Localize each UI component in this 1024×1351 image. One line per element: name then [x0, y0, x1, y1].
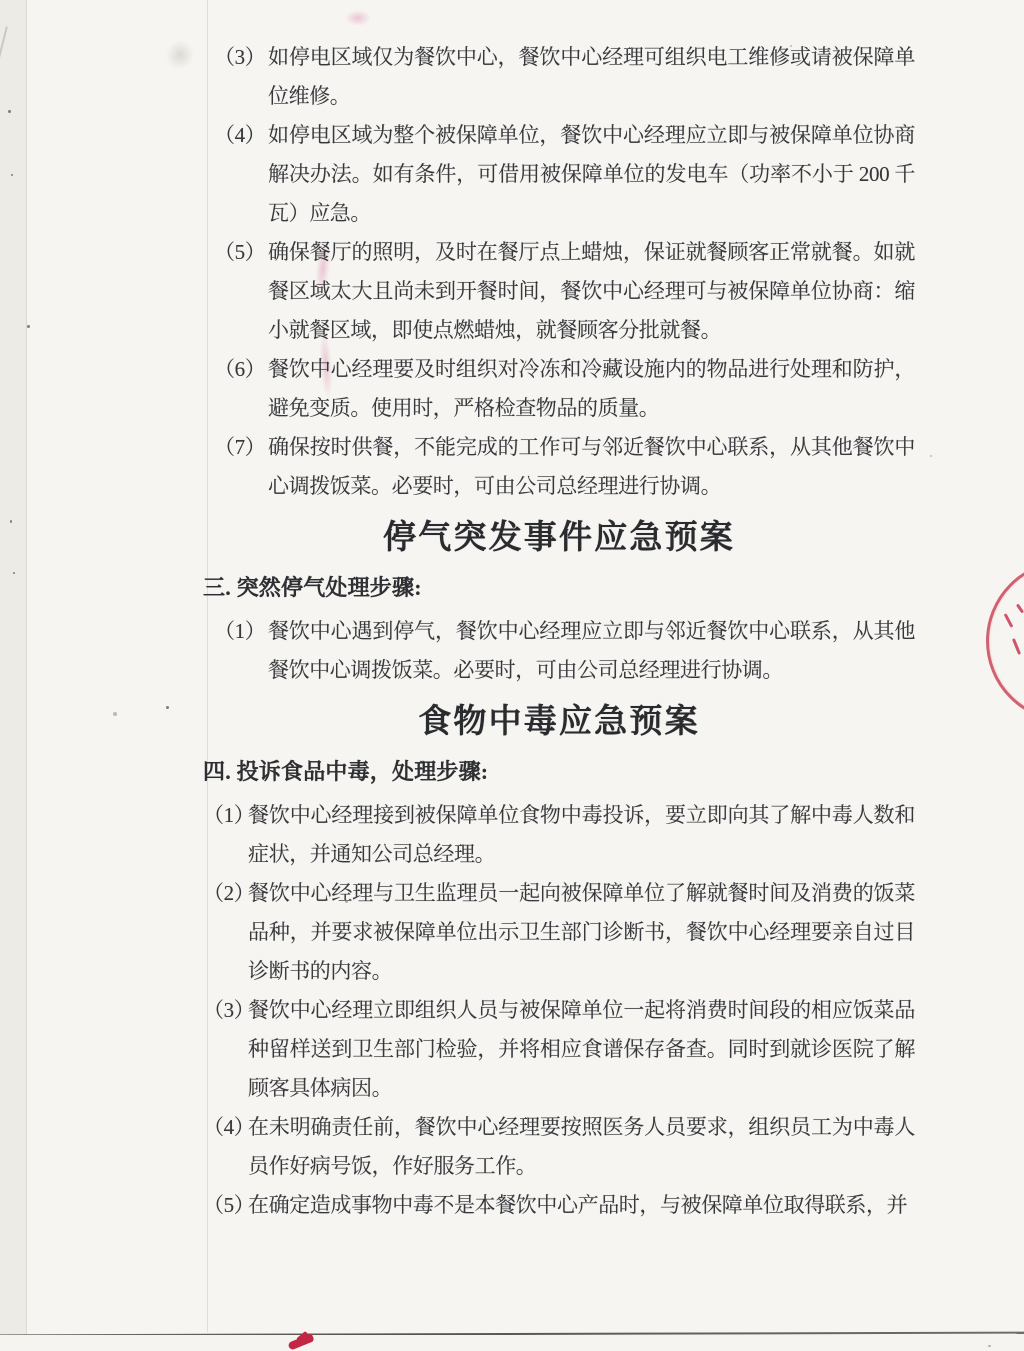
item-number: （7） [214, 428, 265, 467]
scan-speck [988, 1345, 991, 1347]
stamp-glyph [1004, 613, 1014, 628]
list-item: （1） 餐饮中心经理接到被保障单位食物中毒投诉，要立即向其了解中毒人数和症状，并… [203, 796, 915, 874]
section-heading-3: 三. 突然停气处理步骤: [203, 568, 915, 608]
item-number: （1） [203, 796, 254, 835]
scan-speck [27, 325, 30, 328]
item-text: 餐饮中心经理接到被保障单位食物中毒投诉，要立即向其了解中毒人数和症状，并通知公司… [248, 803, 915, 866]
item-text: 确保按时供餐，不能完成的工作可与邻近餐饮中心联系，从其他餐饮中心调拨饭菜。必要时… [268, 435, 915, 498]
scan-speck [13, 572, 15, 574]
item-number: （4） [203, 1108, 254, 1147]
list-item: （3） 餐饮中心经理立即组织人员与被保障单位一起将消费时间段的相应饭菜品种留样送… [203, 991, 915, 1108]
area-below-page [0, 1335, 1024, 1351]
item-text: 如停电区域为整个被保障单位，餐饮中心经理应立即与被保障单位协商解决办法。如有条件… [268, 123, 915, 225]
stamp-glyph [1016, 604, 1024, 614]
item-number: （3） [214, 38, 265, 77]
stamp-glyph [1012, 638, 1021, 655]
scan-speck [345, 900, 348, 903]
item-text: 餐饮中心遇到停气，餐饮中心经理应立即与邻近餐饮中心联系，从其他餐饮中心调拨饭菜。… [268, 619, 915, 682]
doc-title-food-poisoning: 食物中毒应急预案 [203, 699, 915, 745]
list-item: （4） 在未明确责任前，餐饮中心经理要按照医务人员要求，组织员工为中毒人员作好病… [203, 1108, 915, 1186]
document-body: （3） 如停电区域仅为餐饮中心，餐饮中心经理可组织电工维修或请被保障单位维修。 … [203, 38, 915, 1225]
scan-edge-strip [0, 0, 27, 1351]
item-text: 在确定造成事物中毒不是本餐饮中心产品时，与被保障单位取得联系，并 [248, 1193, 907, 1217]
item-number: （4） [214, 116, 265, 155]
list-item: （6） 餐饮中心经理要及时组织对冷冻和冷藏设施内的物品进行处理和防护，避免变质。… [203, 350, 915, 428]
item-number: （2） [203, 874, 254, 913]
scan-speck [10, 520, 12, 523]
list-item: （1） 餐饮中心遇到停气，餐饮中心经理应立即与邻近餐饮中心联系，从其他餐饮中心调… [203, 612, 915, 690]
scan-speck [113, 712, 117, 716]
item-number: （3） [203, 991, 254, 1030]
item-text: 如停电区域仅为餐饮中心，餐饮中心经理可组织电工维修或请被保障单位维修。 [268, 45, 915, 108]
scan-speck [11, 174, 13, 176]
ink-smudge [162, 36, 199, 74]
item-number: （5） [214, 233, 265, 272]
item-text: 餐饮中心经理要及时组织对冷冻和冷藏设施内的物品进行处理和防护，避免变质。使用时，… [268, 357, 915, 420]
list-item: （7） 确保按时供餐，不能完成的工作可与邻近餐饮中心联系，从其他餐饮中心调拨饭菜… [203, 428, 915, 506]
list-item: （2） 餐饮中心经理与卫生监理员一起向被保障单位了解就餐时间及消费的饭菜品种，并… [203, 874, 915, 991]
item-text: 餐饮中心经理与卫生监理员一起向被保障单位了解就餐时间及消费的饭菜品种，并要求被保… [248, 881, 915, 983]
list-item: （4） 如停电区域为整个被保障单位，餐饮中心经理应立即与被保障单位协商解决办法。… [203, 116, 915, 233]
item-number: （5） [203, 1186, 254, 1225]
red-stamp [986, 560, 1024, 722]
scanned-document-page: { "document": { "language": "zh-CN", "ty… [0, 0, 1024, 1351]
scan-speck [8, 110, 11, 113]
item-text: 确保餐厅的照明，及时在餐厅点上蜡烛，保证就餐顾客正常就餐。如就餐区域太大且尚未到… [268, 240, 915, 342]
scan-speck [790, 45, 792, 47]
pink-smudge [345, 10, 371, 26]
section-heading-4: 四. 投诉食品中毒，处理步骤: [203, 752, 915, 792]
list-item: （5） 确保餐厅的照明，及时在餐厅点上蜡烛，保证就餐顾客正常就餐。如就餐区域太大… [203, 233, 915, 350]
item-text: 在未明确责任前，餐饮中心经理要按照医务人员要求，组织员工为中毒人员作好病号饭，作… [248, 1115, 915, 1178]
scan-speck [166, 706, 169, 709]
item-number: （1） [214, 612, 265, 651]
list-item: （3） 如停电区域仅为餐饮中心，餐饮中心经理可组织电工维修或请被保障单位维修。 [203, 38, 915, 116]
list-item: （5） 在确定造成事物中毒不是本餐饮中心产品时，与被保障单位取得联系，并 [203, 1186, 915, 1225]
scan-speck [930, 455, 932, 457]
item-text: 餐饮中心经理立即组织人员与被保障单位一起将消费时间段的相应饭菜品种留样送到卫生部… [248, 998, 915, 1100]
item-number: （6） [214, 350, 265, 389]
doc-title-gas-outage: 停气突发事件应急预案 [203, 515, 915, 561]
